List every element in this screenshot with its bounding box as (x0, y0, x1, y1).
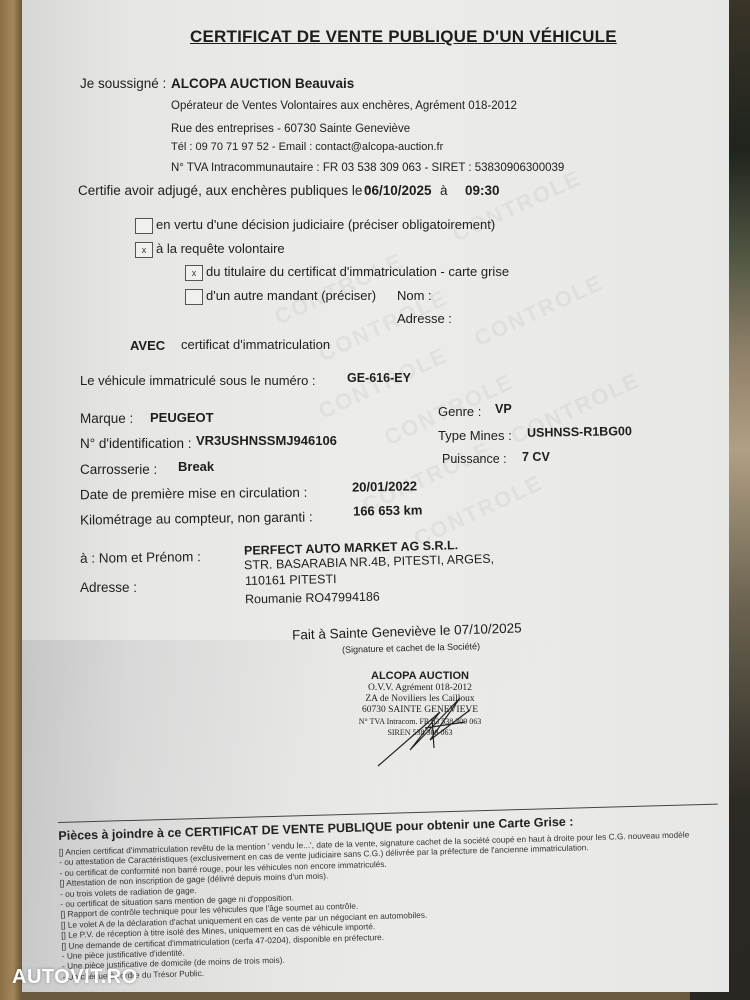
operator-description: Opérateur de Ventes Volontaires aux ench… (171, 100, 517, 112)
registration-label: Le véhicule immatriculé sous le numéro : (80, 373, 316, 388)
mandant-nom-label: Nom : (397, 288, 432, 303)
vin-value: VR3USHNSSMJ946106 (196, 433, 337, 448)
mileage-value: 166 653 km (353, 502, 423, 518)
type-mines-value: USHNSS-R1BG00 (527, 424, 632, 440)
carrosserie-value: Break (178, 459, 214, 474)
carrosserie-label: Carrosserie : (80, 462, 157, 477)
vin-label: N° d'identification : (80, 436, 192, 451)
puissance-label: Puissance : (442, 452, 507, 466)
option-judicial-checkbox[interactable] (135, 218, 153, 234)
autovit-watermark-logo: AUTOVIT.RO (12, 966, 138, 989)
buyer-address-line2: 110161 PITESTI (245, 572, 337, 588)
required-documents-section: Pièces à joindre à ce CERTIFICAT DE VENT… (58, 802, 722, 983)
option-holder-label: du titulaire du certificat d'immatricula… (206, 264, 509, 279)
wood-background (0, 0, 22, 1000)
sale-at: à (440, 183, 448, 198)
stamp-line-1: ALCOPA AUCTION (355, 670, 485, 683)
operator-contact: Tél : 09 70 71 97 52 - Email : contact@a… (171, 141, 443, 153)
option-other-mandant-checkbox[interactable] (185, 289, 203, 305)
first-registration-label: Date de première mise en circulation : (80, 485, 308, 502)
registration-number: GE-616-EY (347, 371, 411, 385)
buyer-address-label: Adresse : (80, 580, 137, 595)
buyer-name-label: à : Nom et Prénom : (80, 549, 201, 566)
genre-value: VP (495, 402, 512, 416)
avec-label: AVEC (130, 338, 165, 353)
sale-date: 06/10/2025 (364, 183, 432, 198)
option-voluntary-checkbox[interactable]: x (135, 242, 153, 258)
certify-label: Certifie avoir adjugé, aux enchères publ… (78, 183, 370, 198)
option-judicial-label: en vertu d'une décision judiciaire (préc… (156, 217, 495, 232)
option-other-mandant-label: d'un autre mandant (préciser) (206, 288, 376, 303)
type-mines-label: Type Mines : (438, 428, 512, 443)
genre-label: Genre : (438, 404, 481, 419)
marque-value: PEUGEOT (150, 410, 214, 425)
signature-scribble (370, 690, 480, 770)
operator-address: Rue des entreprises - 60730 Sainte Genev… (171, 123, 410, 135)
option-voluntary-label: à la requête volontaire (156, 241, 285, 256)
mandant-adresse-label: Adresse : (397, 311, 452, 326)
marque-label: Marque : (80, 411, 133, 426)
operator-tax-ids: N° TVA Intracommunautaire : FR 03 538 30… (171, 162, 564, 174)
buyer-address-line3: Roumanie RO47994186 (245, 590, 380, 607)
avec-text: certificat d'immatriculation (181, 337, 330, 352)
option-holder-checkbox[interactable]: x (185, 265, 203, 281)
operator-name: ALCOPA AUCTION Beauvais (171, 76, 354, 91)
sale-time: 09:30 (465, 183, 500, 198)
document-title: CERTIFICAT DE VENTE PUBLIQUE D'UN VÉHICU… (190, 27, 617, 47)
first-registration-date: 20/01/2022 (352, 478, 417, 494)
undersigned-label: Je soussigné : (80, 76, 166, 91)
puissance-value: 7 CV (522, 450, 550, 464)
